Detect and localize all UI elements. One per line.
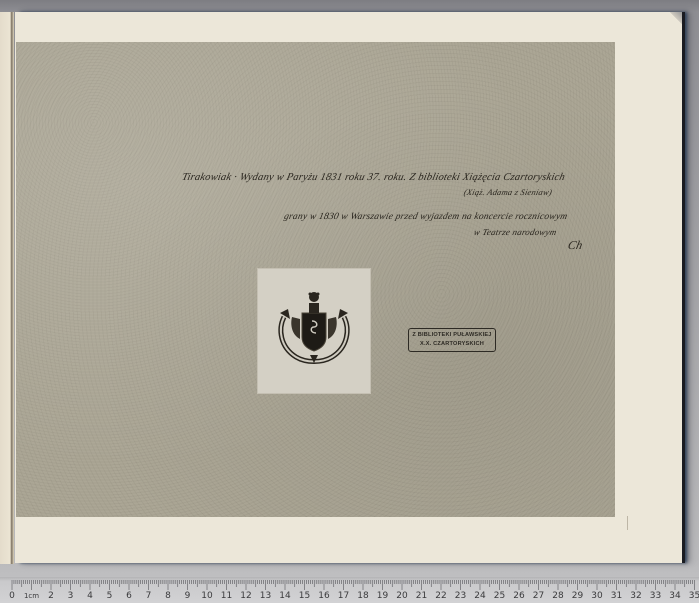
ruler-label: 10 xyxy=(201,590,212,602)
ruler-label: 6 xyxy=(126,590,132,602)
ruler-label: 18 xyxy=(357,590,368,602)
ruler-label: 17 xyxy=(338,590,349,602)
ruler-label: 25 xyxy=(494,590,505,602)
ruler-label: 19 xyxy=(377,590,388,602)
ruler-label: 15 xyxy=(299,590,310,602)
handwritten-line-1-parenthetical: (Xiąż. Adama z Sieniaw) xyxy=(463,187,553,197)
ex-libris-bookplate xyxy=(258,269,370,393)
ruler-label: 32 xyxy=(630,590,641,602)
measurement-ruler: 01cm234567891011121314151617181920212223… xyxy=(0,577,699,603)
ruler-label: 21 xyxy=(416,590,427,602)
ruler-label: 8 xyxy=(165,590,171,602)
ruler-label: 34 xyxy=(669,590,680,602)
ruler-labels: 01cm234567891011121314151617181920212223… xyxy=(0,590,699,603)
ruler-label: 24 xyxy=(474,590,485,602)
coat-of-arms-icon xyxy=(276,289,352,369)
stamp-line-1: Z BIBLIOTEKI PUŁAWSKIEJ xyxy=(409,331,495,340)
ruler-label: 4 xyxy=(87,590,93,602)
document-page: Tirakowiak · Wydany w Paryżu 1831 roku 3… xyxy=(15,12,682,563)
ruler-label: 20 xyxy=(396,590,407,602)
photographic-plate: Tirakowiak · Wydany w Paryżu 1831 roku 3… xyxy=(16,42,615,517)
ruler-label: 27 xyxy=(533,590,544,602)
ruler-label: 3 xyxy=(68,590,74,602)
ruler-label: 23 xyxy=(455,590,466,602)
ruler-label: 26 xyxy=(513,590,524,602)
previous-page-edge xyxy=(0,12,14,564)
library-stamp: Z BIBLIOTEKI PUŁAWSKIEJ X.X. CZARTORYSKI… xyxy=(408,328,496,352)
ruler-label: 1cm xyxy=(24,590,39,602)
stamp-line-2: X.X. CZARTORYSKICH xyxy=(409,340,495,349)
ruler-label: 30 xyxy=(591,590,602,602)
ruler-ticks xyxy=(0,580,699,590)
ruler-label: 12 xyxy=(240,590,251,602)
ruler-label: 28 xyxy=(552,590,563,602)
ruler-label: 11 xyxy=(221,590,232,602)
ruler-label: 14 xyxy=(279,590,290,602)
ruler-label: 13 xyxy=(260,590,271,602)
pencil-mark xyxy=(627,516,628,530)
handwritten-signature: Ch xyxy=(566,238,584,253)
handwritten-line-1: Tirakowiak · Wydany w Paryżu 1831 roku 3… xyxy=(181,172,566,183)
ruler-label: 5 xyxy=(107,590,113,602)
ruler-label: 31 xyxy=(611,590,622,602)
ruler-label: 29 xyxy=(572,590,583,602)
ruler-label: 2 xyxy=(48,590,54,602)
ruler-label: 0 xyxy=(9,590,15,602)
ruler-label: 7 xyxy=(146,590,152,602)
ruler-label: 9 xyxy=(185,590,191,602)
ruler-label: 22 xyxy=(435,590,446,602)
ruler-label: 16 xyxy=(318,590,329,602)
handwritten-line-2-continuation: w Teatrze narodowym xyxy=(473,227,558,237)
ruler-label: 33 xyxy=(650,590,661,602)
ruler-label: 35 xyxy=(689,590,699,602)
handwritten-line-2: grany w 1830 w Warszawie przed wyjazdem … xyxy=(283,212,568,222)
